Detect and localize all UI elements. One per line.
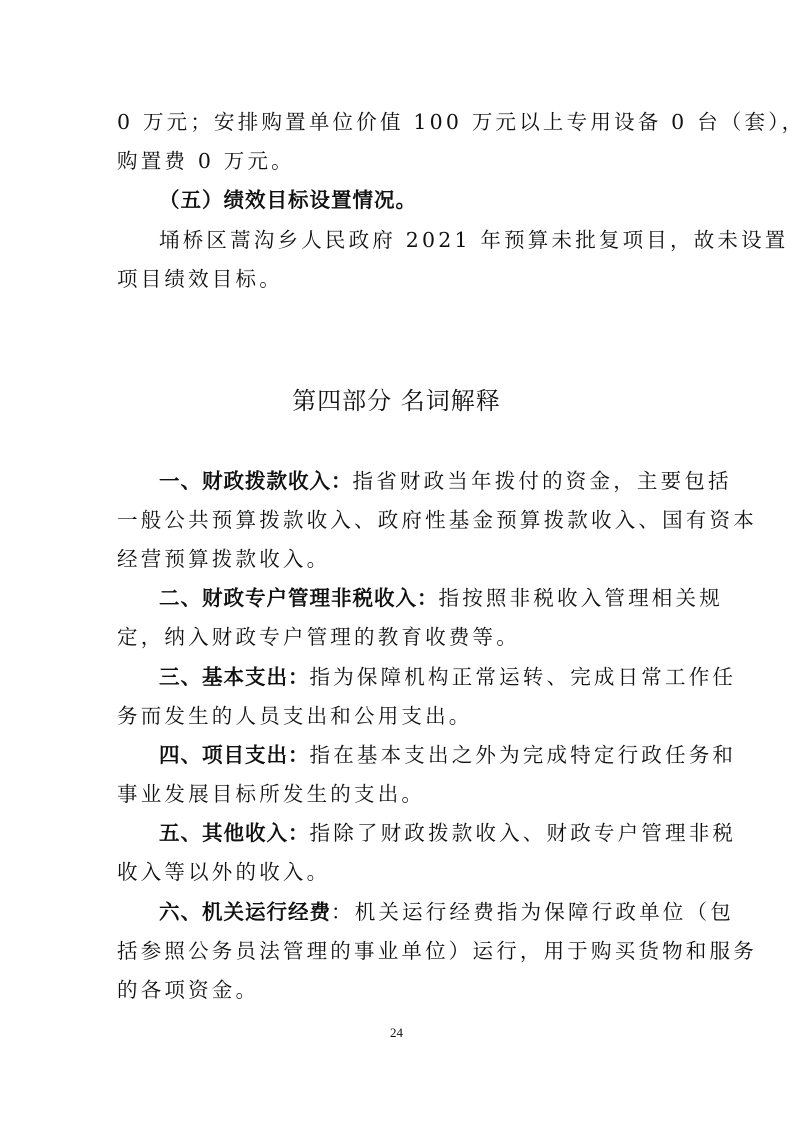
body-text-line: 项目绩效目标。 xyxy=(117,264,697,294)
document-page: 0 万元；安排购置单位价值 100 万元以上专用设备 0 台（套）， 购置费 0… xyxy=(0,0,793,1122)
term-label: 五、其他收入： xyxy=(159,821,310,845)
term-label: 四、项目支出： xyxy=(159,743,310,767)
term-label: 六、机关运行经费 xyxy=(159,900,331,924)
body-text-line: 务而发生的人员支出和公用支出。 xyxy=(117,701,697,731)
body-text-line: 事业发展目标所发生的支出。 xyxy=(117,779,697,809)
term-definition: 三、基本支出：指为保障机构正常运转、完成日常工作任 xyxy=(159,662,697,692)
term-definition: 一、财政拨款收入：指省财政当年拨付的资金，主要包括 xyxy=(159,466,697,496)
body-text-line: 埇桥区蒿沟乡人民政府 2021 年预算未批复项目，故未设置 xyxy=(159,225,697,255)
body-text-line: 经营预算拨款收入。 xyxy=(117,544,697,574)
body-text-line: 的各项资金。 xyxy=(117,975,697,1005)
body-text-line: 0 万元；安排购置单位价值 100 万元以上专用设备 0 台（套）， xyxy=(117,107,697,137)
body-text-line: 一般公共预算拨款收入、政府性基金预算拨款收入、国有资本 xyxy=(117,505,697,535)
term-label: 一、财政拨款收入： xyxy=(159,469,353,493)
body-text-line: 收入等以外的收入。 xyxy=(117,857,697,887)
section-title: 第四部分 名词解释 xyxy=(0,385,793,417)
term-definition: 二、财政专户管理非税收入：指按照非税收入管理相关规 xyxy=(159,583,697,613)
body-text-line: 定，纳入财政专户管理的教育收费等。 xyxy=(117,622,697,652)
term-definition: 四、项目支出：指在基本支出之外为完成特定行政任务和 xyxy=(159,740,697,770)
body-text-line: 购置费 0 万元。 xyxy=(117,146,697,176)
term-definition: 六、机关运行经费：机关运行经费指为保障行政单位（包 xyxy=(159,897,697,927)
body-text-line: 括参照公务员法管理的事业单位）运行，用于购买货物和服务 xyxy=(117,936,697,966)
term-label: 二、财政专户管理非税收入： xyxy=(159,586,439,610)
term-definition: 五、其他收入：指除了财政拨款收入、财政专户管理非税 xyxy=(159,818,697,848)
subheading: （五）绩效目标设置情况。 xyxy=(159,185,697,215)
term-label: 三、基本支出： xyxy=(159,665,310,689)
page-number: 24 xyxy=(0,1025,793,1041)
